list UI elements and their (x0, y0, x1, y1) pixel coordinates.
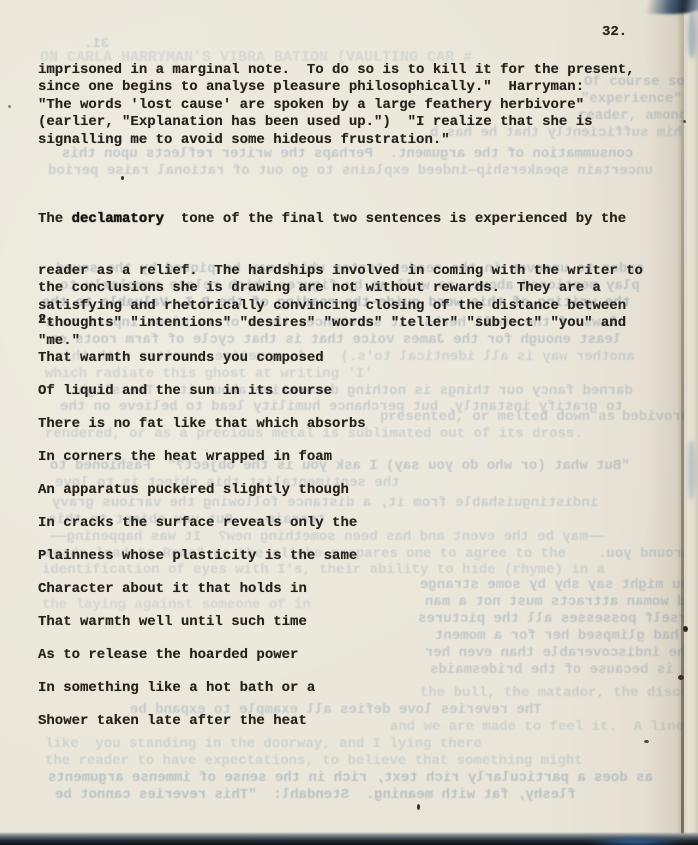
text-line: satisfying and rhetorically convincing c… (38, 298, 643, 315)
text-line: (earlier, "Explanation has been used up.… (38, 114, 635, 131)
page-curvature-shadow (646, 0, 681, 833)
book-edge-strip (684, 0, 698, 834)
ghost-text-fragment: fleshy, fat with meaning. Stendahl: "Thi… (55, 788, 576, 803)
poem-text: That warmth surrounds you composedOf liq… (38, 342, 366, 738)
ghost-text-fragment: the reader to have expectations, to beli… (45, 754, 583, 769)
ink-speck (644, 740, 649, 743)
ghost-text-fragment: and we are made to feel it. A line (390, 720, 684, 735)
poem-line: As to release the hoarded power (38, 639, 366, 672)
page-number: 32. (602, 24, 627, 41)
poem-line: There is no fat like that which absorbs (38, 408, 366, 441)
ink-speck (678, 675, 684, 680)
poem-line: Of liquid and the sun in its course (38, 375, 366, 408)
ghost-text-fragment: consummation of the argument. Perhaps th… (62, 147, 633, 162)
poem-line: Character about it that holds in (38, 573, 366, 606)
poem-line: In something like a hot bath or a (38, 672, 366, 705)
paragraph-prose-2: The declamatory tone of the final two se… (38, 176, 643, 350)
emphasized-word: declamatory (72, 211, 164, 227)
ghost-text-fragment: as does a particularly rich text, rich i… (48, 771, 653, 786)
text-line: since one begins to analyse pleasure phi… (38, 79, 635, 96)
paragraph-prose-1: imprisoned in a marginal note. To do so … (38, 62, 635, 149)
ink-speck (683, 626, 688, 632)
poem-line: An apparatus puckered slightly though (38, 474, 366, 507)
blue-scan-mark (688, 12, 696, 58)
text-line: "thoughts" "intentions" "desires" "words… (38, 315, 643, 332)
ghost-text-fragment: presented, or melted down as (380, 410, 615, 425)
poem-line: That warmth well until such time (38, 606, 366, 639)
ink-speck (121, 176, 124, 180)
text-line: signalling me to avoid some hideous frus… (38, 132, 635, 149)
text-line: imprisoned in a marginal note. To do so … (38, 62, 635, 79)
line-prefix: The (38, 211, 72, 227)
text-line: The declamatory tone of the final two se… (38, 211, 643, 228)
text-line: reader as a relief. The hardships involv… (38, 263, 643, 280)
poem-line: Shower taken late after the heat (38, 705, 366, 738)
poem-line: In corners the heat wrapped in foam (38, 441, 366, 474)
scan-edge-bottom-band (0, 832, 698, 845)
text-line: "The words 'lost cause' are spoken by a … (38, 97, 635, 114)
scanned-document-page: 31.ON CARLA HARRYMAN'S VIBRA BATION (VAU… (0, 0, 698, 845)
text-line: the conclusions she is drawing are not w… (38, 280, 643, 297)
poem-line: Plainness whose plasticity is the same (38, 540, 366, 573)
ink-speck (8, 105, 11, 108)
ghost-text-fragment: like you standing in the doorway, and I … (45, 737, 482, 752)
poem-line: That warmth surrounds you composed (38, 342, 366, 375)
scan-smudge-top-right (630, 0, 698, 14)
poem-section-number: 2. (38, 312, 55, 329)
line-rest: tone of the final two sentences is exper… (164, 211, 626, 227)
ink-speck (683, 120, 686, 123)
ink-speck (417, 804, 420, 810)
blue-scan-mark (688, 440, 695, 500)
poem-line: In cracks the surface reveals only the (38, 507, 366, 540)
